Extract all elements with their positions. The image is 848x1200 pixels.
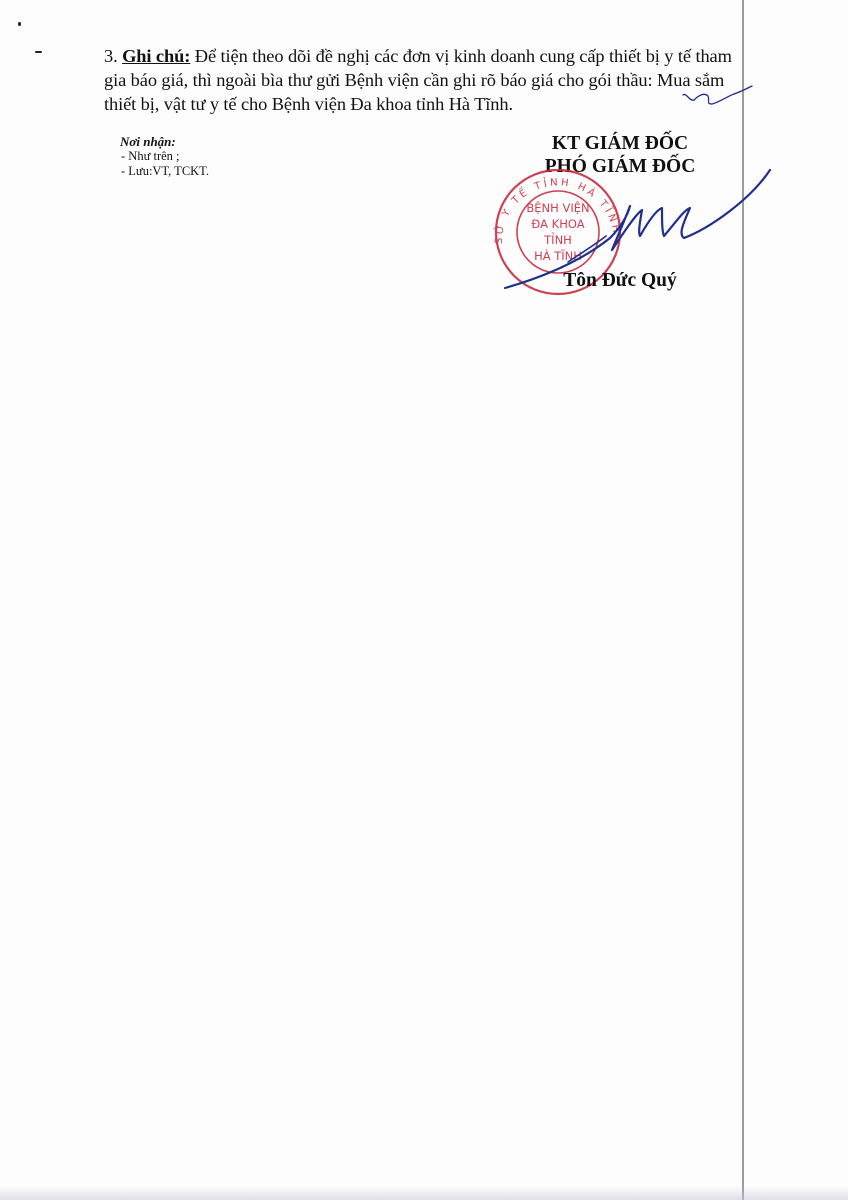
note-label: Ghi chú: [122,46,190,66]
scan-noise [0,1186,848,1200]
handwritten-signature [505,86,770,288]
svg-text:HÀ TĨNH: HÀ TĨNH [534,248,582,263]
note-paragraph: 3. Ghi chú: Để tiện theo dõi đề nghị các… [104,44,754,116]
recipients-title: Nơi nhận: [120,134,209,149]
svg-text:ĐA KHOA: ĐA KHOA [531,217,584,231]
recipient-item: - Như trên ; [121,149,209,164]
note-number: 3. [104,46,118,66]
signer-name: Tôn Đức Quý [540,270,700,292]
stamp-outer-text: SỞ Y TẾ TỈNH HÀ TĨNH [491,175,621,244]
svg-text:TỈNH: TỈNH [543,231,572,247]
recipient-item: - Lưu:VT, TCKT. [121,164,209,179]
scan-artifact [35,51,42,53]
page-fold-line [742,0,744,1200]
scan-artifact [18,22,21,26]
svg-text:BỆNH VIỆN: BỆNH VIỆN [526,200,589,215]
note-text: Để tiện theo dõi đề nghị các đơn vị kinh… [104,46,732,114]
stamp-inner-text: BỆNH VIỆNĐA KHOATỈNHHÀ TĨNH [526,200,589,263]
signature-title-line1: KT GIÁM ĐỐC [520,132,720,155]
signature-title-block: KT GIÁM ĐỐC PHÓ GIÁM ĐỐC [520,132,720,178]
signature-title-line2: PHÓ GIÁM ĐỐC [520,155,720,178]
stamp-and-signature-layer: SỞ Y TẾ TỈNH HÀ TĨNH BỆNH VIỆNĐA KHOATỈN… [0,0,848,1200]
recipients-block: Nơi nhận: - Như trên ; - Lưu:VT, TCKT. [120,134,209,179]
svg-text:SỞ Y TẾ TỈNH HÀ TĨNH: SỞ Y TẾ TỈNH HÀ TĨNH [491,175,621,244]
